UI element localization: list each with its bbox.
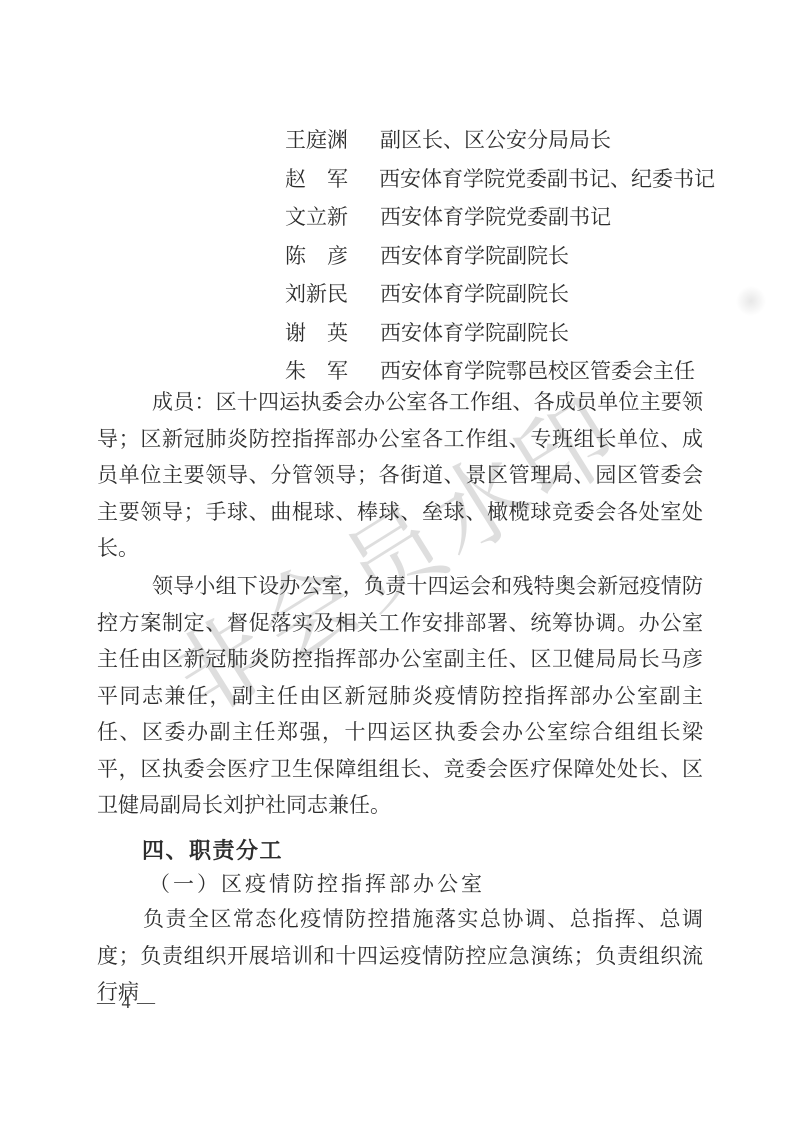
roster-title: 西安体育学院副院长 <box>380 237 569 276</box>
page-number: — 4 — <box>97 992 156 1013</box>
roster-name: 文立新 <box>285 198 349 237</box>
roster-title: 副区长、区公安分局局长 <box>380 121 611 160</box>
subsection-heading-epidemic-office: （一）区疫情防控指挥部办公室 <box>97 869 703 899</box>
paragraph-duties-intro: 负责全区常态化疫情防控措施落实总协调、总指挥、总调度；负责组织开展培训和十四运疫… <box>97 901 703 1011</box>
roster-name: 谢 英 <box>285 314 349 353</box>
roster-row: 谢 英 西安体育学院副院长 <box>97 314 703 353</box>
roster-row: 赵 军 西安体育学院党委副书记、纪委书记 <box>97 160 703 199</box>
roster-title: 西安体育学院副院长 <box>380 314 569 353</box>
roster-title: 西安体育学院党委副书记 <box>380 198 611 237</box>
paragraph-members: 成员：区十四运执委会办公室各工作组、各成员单位主要领导；区新冠肺炎防控指挥部办公… <box>97 384 703 567</box>
roster-name: 刘新民 <box>285 275 349 314</box>
roster-title: 西安体育学院副院长 <box>380 275 569 314</box>
section-heading-duties: 四、职责分工 <box>97 836 703 866</box>
roster-title: 西安体育学院党委副书记、纪委书记 <box>379 160 715 199</box>
roster-name: 王庭渊 <box>285 121 349 160</box>
roster-name: 陈 彦 <box>285 237 349 276</box>
roster-name: 赵 军 <box>285 160 348 199</box>
roster-row: 王庭渊 副区长、区公安分局局长 <box>97 121 703 160</box>
leader-roster: 王庭渊 副区长、区公安分局局长 赵 军 西安体育学院党委副书记、纪委书记 文立新… <box>97 121 703 391</box>
document-content: 王庭渊 副区长、区公安分局局长 赵 军 西安体育学院党委副书记、纪委书记 文立新… <box>97 0 703 1122</box>
paragraph-office-setup: 领导小组下设办公室，负责十四运会和残特奥会新冠疫情防控方案制定、督促落实及相关工… <box>97 568 703 824</box>
scan-smudge <box>736 286 766 316</box>
roster-row: 刘新民 西安体育学院副院长 <box>97 275 703 314</box>
roster-row: 陈 彦 西安体育学院副院长 <box>97 237 703 276</box>
document-page: 非会员水印 王庭渊 副区长、区公安分局局长 赵 军 西安体育学院党委副书记、纪委… <box>0 0 793 1122</box>
roster-row: 文立新 西安体育学院党委副书记 <box>97 198 703 237</box>
